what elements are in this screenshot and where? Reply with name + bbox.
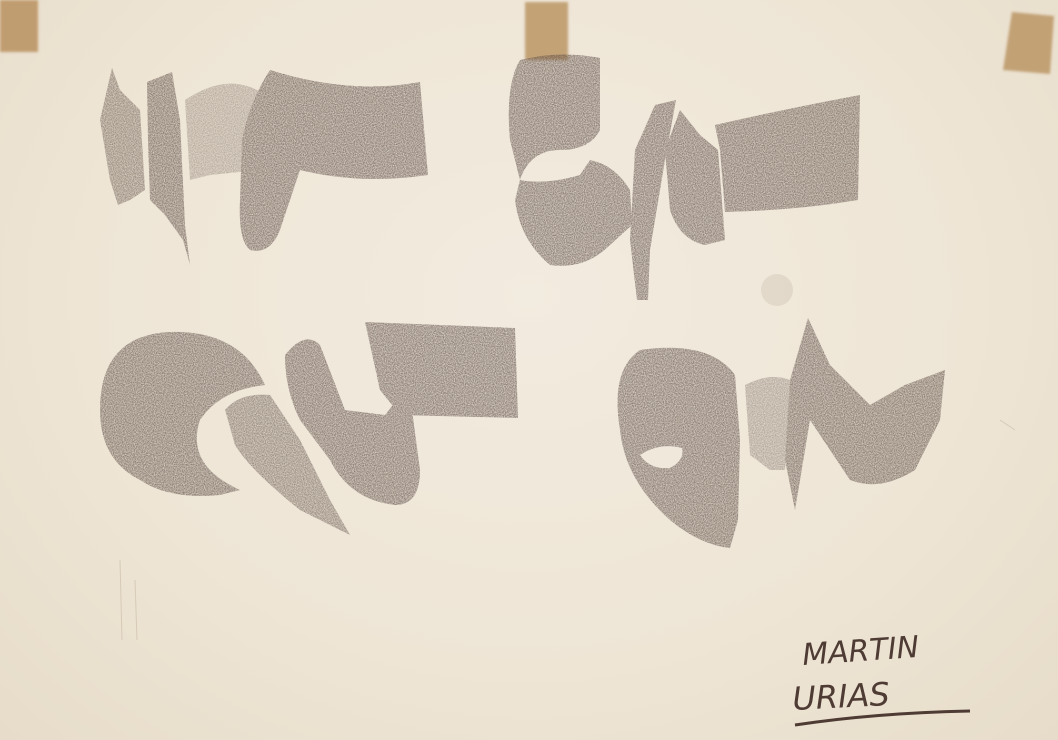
calligraphic-group-3 <box>100 322 518 535</box>
calligraphic-group-2 <box>509 54 860 300</box>
paper-stain <box>761 274 793 306</box>
signature-line-2: URIAS <box>791 675 890 718</box>
calligraphic-group-1 <box>100 68 428 265</box>
artist-signature: MARTIN URIAS <box>785 625 1025 730</box>
calligraphic-group-4 <box>618 318 946 548</box>
signature-line-1: MARTIN <box>801 630 920 673</box>
artwork-paper: MARTIN URIAS <box>0 0 1058 740</box>
